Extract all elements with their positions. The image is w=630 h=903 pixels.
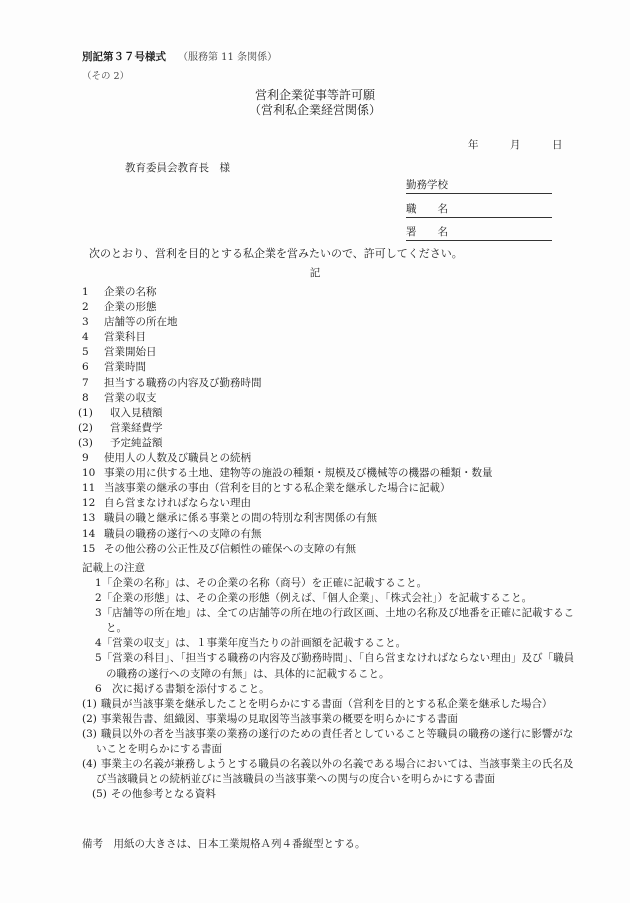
- attachment-item: (1)職員が当該事業を継承したことを明らかにする書面（営利を目的とする私企業を継…: [82, 697, 582, 712]
- item-text: 企業の名称: [104, 286, 157, 298]
- item-text: 店舗等の所在地: [104, 316, 178, 328]
- note-item: 4「営業の収支」は、１事業年度当たりの計画額を記載すること。: [82, 636, 582, 651]
- item-number: 1: [82, 285, 104, 300]
- ki-heading: 記: [0, 266, 630, 281]
- item-number: 6: [82, 360, 104, 375]
- position-field[interactable]: 職 名: [406, 202, 552, 218]
- item-number: (3): [82, 436, 110, 451]
- item-number: 14: [82, 527, 104, 542]
- attachment-item: (2)事業報告書、組織図、事業場の見取図等当該事業の概要を明らかにする書面: [82, 712, 582, 727]
- item-text: 職員の職と継承に係る事業との間の特別な利害関係の有無: [104, 512, 377, 524]
- note-number: 5: [95, 652, 102, 664]
- note-number: 2: [95, 592, 102, 604]
- note-text: 「店舗等の所在地」は、全ての店舗等の所在地の行政区画、土地の名称及び地番を正確に…: [102, 607, 575, 634]
- note-number: 3: [95, 607, 102, 619]
- notes-heading: 記載上の注意: [82, 561, 145, 576]
- item-text: 収入見積額: [110, 407, 163, 419]
- list-item: 5営業開始日: [82, 345, 493, 360]
- date-field: 年月日: [468, 138, 563, 153]
- item-number: 8: [82, 391, 104, 406]
- note-text: 「営業の収支」は、１事業年度当たりの計画額を記載すること。: [102, 637, 407, 649]
- item-text: 自ら営まなければならない理由: [104, 497, 251, 509]
- title-line-2: （営利私企業経営関係）: [0, 103, 630, 118]
- item-number: 2: [82, 300, 104, 315]
- list-item: 10事業の用に供する土地、建物等の施設の種類・規模及び機械等の機器の種類・数量: [82, 466, 493, 481]
- item-number: 15: [82, 542, 104, 557]
- item-number: 9: [82, 451, 104, 466]
- note-text: 「企業の形態」は、その企業の形態（例えば、「個人企業」、「株式会社」）を記載する…: [102, 592, 533, 604]
- list-item: 8営業の収支: [82, 391, 493, 406]
- date-day: 日: [552, 138, 563, 153]
- item-text: 使用人の人数及び職員との続柄: [104, 452, 251, 464]
- item-text: 営業時間: [104, 361, 146, 373]
- item-number: 11: [82, 481, 104, 496]
- list-item: (3)予定純益額: [82, 436, 493, 451]
- item-number: 3: [82, 315, 104, 330]
- list-item: 12自ら営まなければならない理由: [82, 496, 493, 511]
- signature-field[interactable]: 署 名: [406, 225, 552, 241]
- document-title: 営利企業従事等許可願 （営利私企業経営関係）: [0, 88, 630, 118]
- list-item: 6営業時間: [82, 360, 493, 375]
- list-item: 2企業の形態: [82, 300, 493, 315]
- form-number: 別記第３７号様式（服務第 11 条関係）: [82, 50, 277, 65]
- item-number: 5: [82, 345, 104, 360]
- note-item: 5「営業の科目」、「担当する職務の内容及び勤務時間」、「自ら営まなければならない…: [82, 651, 582, 681]
- note-item: 1「企業の名称」は、その企業の名称（商号）を正確に記載すること。: [82, 576, 582, 591]
- list-item: 13職員の職と継承に係る事業との間の特別な利害関係の有無: [82, 511, 493, 526]
- list-item: (1)収入見積額: [82, 406, 493, 421]
- item-text: 担当する職務の内容及び勤務時間: [104, 377, 262, 389]
- date-year: 年: [468, 138, 510, 153]
- item-number: 10: [82, 466, 104, 481]
- list-item: 15その他公務の公正性及び信頼性の確保への支障の有無: [82, 542, 493, 557]
- list-item: 9使用人の人数及び職員との続柄: [82, 451, 493, 466]
- attachment-text: 職員以外の者を当該事業の業務の遂行のための責任者としていること等職員の職務の遂行…: [96, 728, 573, 755]
- note-text: 「営業の科目」、「担当する職務の内容及び勤務時間」、「自ら営まなければならない理…: [102, 652, 575, 679]
- note-text: 次に掲げる書類を添付すること。: [102, 683, 270, 695]
- item-text: 当該事業の継承の事由（営利を目的とする私企業を継承した場合に記載）: [104, 482, 451, 494]
- item-list: 1企業の名称2企業の形態3店舗等の所在地4営業科目5営業開始日6営業時間7担当す…: [82, 285, 493, 557]
- item-number: (2): [82, 421, 110, 436]
- attachment-number: (2): [82, 713, 97, 725]
- school-label: 勤務学校: [406, 179, 448, 191]
- list-item: 3店舗等の所在地: [82, 315, 493, 330]
- note-text: 「企業の名称」は、その企業の名称（商号）を正確に記載すること。: [102, 577, 428, 589]
- item-text: 営業の収支: [104, 392, 157, 404]
- attachment-item: (5)その他参考となる資料: [82, 787, 582, 802]
- note-item: 2「企業の形態」は、その企業の形態（例えば、「個人企業」、「株式会社」）を記載す…: [82, 591, 582, 606]
- item-text: 事業の用に供する土地、建物等の施設の種類・規模及び機械等の機器の種類・数量: [104, 467, 493, 479]
- intro-text: 次のとおり、営利を目的とする私企業を営みたいので、許可してください。: [89, 246, 463, 261]
- form-part: （その 2）: [82, 69, 129, 84]
- item-text: 企業の形態: [104, 301, 157, 313]
- attachment-number: (5): [92, 788, 107, 800]
- title-line-1: 営利企業従事等許可願: [0, 88, 630, 103]
- item-text: 営業開始日: [104, 346, 157, 358]
- item-number: 12: [82, 496, 104, 511]
- item-number: 4: [82, 330, 104, 345]
- notes-list: 1「企業の名称」は、その企業の名称（商号）を正確に記載すること。2「企業の形態」…: [82, 576, 582, 802]
- note-item: 6 次に掲げる書類を添付すること。: [82, 682, 582, 697]
- list-item: (2)営業経費学: [82, 421, 493, 436]
- attachment-number: (3): [82, 728, 97, 740]
- list-item: 11当該事業の継承の事由（営利を目的とする私企業を継承した場合に記載）: [82, 481, 493, 496]
- item-number: 7: [82, 376, 104, 391]
- note-item: 3「店舗等の所在地」は、全ての店舗等の所在地の行政区画、土地の名称及び地番を正確…: [82, 606, 582, 636]
- item-text: 営業経費学: [110, 422, 163, 434]
- note-number: 1: [95, 577, 102, 589]
- item-number: (1): [82, 406, 110, 421]
- addressee: 教育委員会教育長 様: [125, 161, 230, 176]
- attachment-text: 事業報告書、組織図、事業場の見取図等当該事業の概要を明らかにする書面: [101, 713, 458, 725]
- attachment-item: (4)事業主の名義が兼務しようとする職員の名義以外の名義である場合においては、当…: [82, 757, 582, 787]
- item-number: 13: [82, 511, 104, 526]
- attachment-text: 事業主の名義が兼務しようとする職員の名義以外の名義である場合においては、当該事業…: [96, 758, 573, 785]
- item-text: 予定純益額: [110, 437, 163, 449]
- attachment-text: 職員が当該事業を継承したことを明らかにする書面（営利を目的とする私企業を継承した…: [101, 698, 553, 710]
- item-text: その他公務の公正性及び信頼性の確保への支障の有無: [104, 543, 356, 555]
- note-number: 6: [95, 683, 102, 695]
- signature-label: 署 名: [406, 226, 448, 238]
- note-number: 4: [95, 637, 102, 649]
- attachment-number: (1): [82, 698, 97, 710]
- attachment-text: その他参考となる資料: [111, 788, 216, 800]
- date-month: 月: [510, 138, 552, 153]
- list-item: 1企業の名称: [82, 285, 493, 300]
- form-reference: （服務第 11 条関係）: [178, 52, 277, 63]
- list-item: 14職員の職務の遂行への支障の有無: [82, 527, 493, 542]
- attachment-number: (4): [82, 758, 97, 770]
- list-item: 7担当する職務の内容及び勤務時間: [82, 376, 493, 391]
- position-label: 職 名: [406, 203, 448, 215]
- list-item: 4営業科目: [82, 330, 493, 345]
- item-text: 営業科目: [104, 331, 146, 343]
- remarks: 備考 用紙の大きさは、日本工業規格Ａ列４番縦型とする。: [82, 837, 366, 852]
- item-text: 職員の職務の遂行への支障の有無: [104, 528, 262, 540]
- attachment-item: (3)職員以外の者を当該事業の業務の遂行のための責任者としていること等職員の職務…: [82, 727, 582, 757]
- school-field[interactable]: 勤務学校: [406, 178, 552, 194]
